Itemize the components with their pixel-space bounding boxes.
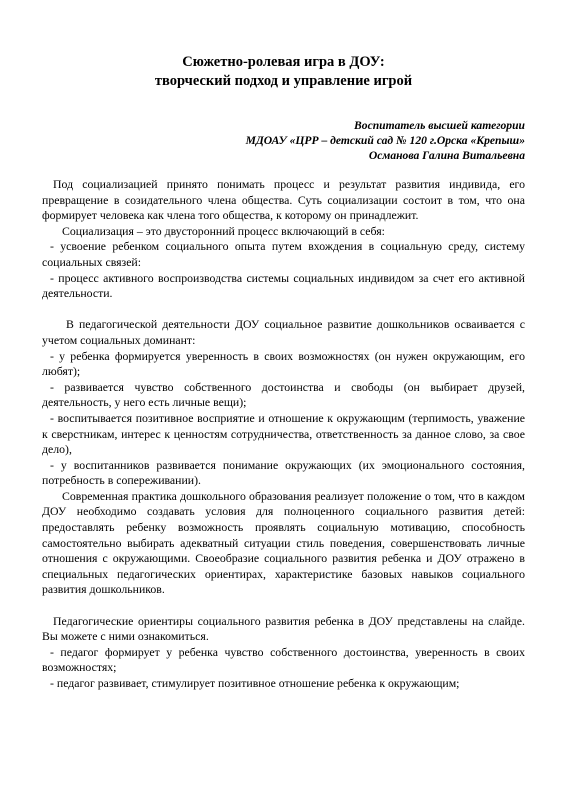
title-line-1: Сюжетно-ролевая игра в ДОУ: xyxy=(42,53,525,72)
blank-line xyxy=(42,598,525,614)
bullet-teacher-stimulates-attitude: - педагог развивает, стимулирует позитив… xyxy=(42,676,525,692)
author-byline: Воспитатель высшей категории МДОАУ «ЦРР … xyxy=(42,118,525,163)
paragraph-socialization-intro: Под социализацией принято понимать проце… xyxy=(42,177,525,224)
paragraph-pedagogical-guidelines: Педагогические ориентиры социального раз… xyxy=(42,614,525,645)
byline-position: Воспитатель высшей категории xyxy=(42,118,525,133)
paragraph-two-way-process: Социализация – это двусторонний процесс … xyxy=(42,224,525,240)
bullet-positive-perception: - воспитывается позитивное восприятие и … xyxy=(42,411,525,458)
document-title: Сюжетно-ролевая игра в ДОУ: творческий п… xyxy=(42,53,525,91)
bullet-teacher-forms-dignity: - педагог формирует у ребенка чувство со… xyxy=(42,645,525,676)
paragraph-modern-practice: Современная практика дошкольного образов… xyxy=(42,489,525,598)
byline-author-name: Османова Галина Витальевна xyxy=(42,148,525,163)
paragraph-pedagogical-activity: В педагогической деятельности ДОУ социал… xyxy=(42,317,525,348)
bullet-self-esteem: - развивается чувство собственного досто… xyxy=(42,380,525,411)
document-page: Сюжетно-ролевая игра в ДОУ: творческий п… xyxy=(0,0,566,800)
bullet-understanding-others: - у воспитанников развивается понимание … xyxy=(42,458,525,489)
bullet-experience-assimilation: - усвоение ребенком социального опыта пу… xyxy=(42,239,525,270)
byline-organization: МДОАУ «ЦРР – детский сад № 120 г.Орска «… xyxy=(42,133,525,148)
bullet-active-reproduction: - процесс активного воспроизводства сист… xyxy=(42,271,525,302)
bullet-child-confidence: - у ребенка формируется уверенность в св… xyxy=(42,349,525,380)
title-line-2: творческий подход и управление игрой xyxy=(42,72,525,91)
blank-line xyxy=(42,302,525,318)
document-body: Под социализацией принято понимать проце… xyxy=(42,177,525,692)
